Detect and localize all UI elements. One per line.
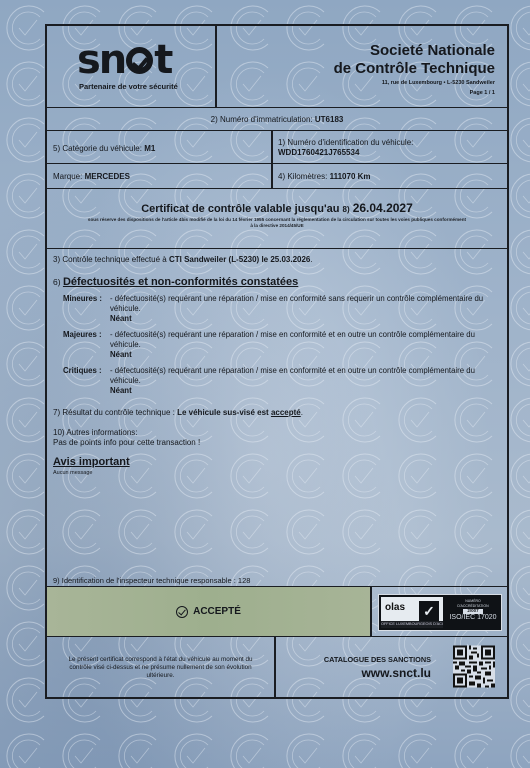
footer-row: Le présent certificat correspond à l'éta… [47,637,507,699]
vin-value: WDD1760421J765534 [278,148,413,158]
other-info-text: Pas de points info pour cette transactio… [53,438,200,448]
inspector-label: 9) Identification de l'inspecteur techni… [53,576,236,585]
defect-major-label: Majeures : [53,330,110,360]
company-block: Societé Nationale de Contrôle Technique … [334,42,495,96]
validity-date: 26.04.2027 [353,201,413,215]
km-value: 111070 Km [330,172,371,181]
page-number: Page 1 / 1 [334,90,495,96]
km-label: 4) Kilomètres: [278,172,327,181]
certificate-frame: snt Partenaire de votre sécurité Societé… [45,24,509,699]
km-field: 4) Kilomètres: 111070 Km [278,172,371,188]
defect-minor: Mineures : - défectuosité(s) requérant u… [53,294,499,324]
defects-title: Défectuosités et non-conformités constat… [63,276,298,288]
defects-number: 6) [53,277,61,287]
immatriculation-value: UT6183 [315,115,343,124]
catalogue-url[interactable]: www.snct.lu [361,666,431,680]
notice-message: Aucun message [53,470,130,476]
result-band: ACCEPTÉ olas ✓ OFFICE LUXEMBOURGEOIS D'A… [47,586,507,637]
inspection-date-prefix: le [261,255,268,264]
inspector-value: 128 [238,576,251,585]
olas-wordmark: olas [385,602,405,613]
logo-tagline: Partenaire de votre sécurité [79,82,187,91]
accreditation-standard: ISO/IEC 17020 [445,616,501,621]
defect-major-value: Néant [110,350,499,360]
brand-km-row: Marque: MERCEDES 4) Kilomètres: 111070 K… [47,164,507,189]
check-mark-icon: ✓ [419,601,439,621]
important-notice: Avis important Aucun message [53,456,130,476]
defect-minor-value: Néant [110,314,499,324]
category-label: 5) Catégorie du véhicule: [53,144,142,153]
divider [370,587,372,636]
other-info-label: 10) Autres informations: [53,428,200,438]
result-suffix: . [301,408,303,417]
inspection-field: 3) Contrôle technique effectué à CTI San… [53,255,313,271]
inspector-id: 9) Identification de l'inspecteur techni… [53,576,250,585]
inspection-label: 3) Contrôle technique effectué à [53,255,167,264]
logo-wordmark: snt [77,40,187,80]
company-name-line1: Societé Nationale [334,42,495,60]
header-row: snt Partenaire de votre sécurité Societé… [47,26,507,108]
accepted-label: ACCEPTÉ [193,606,241,617]
accreditation-number: 2/007 [463,609,482,614]
accepted-status-box: ACCEPTÉ [47,587,370,636]
result-status: accepté [271,408,301,417]
divider [215,26,217,107]
accreditation-info: NUMÉRO D'ACCRÉDITATION 2/007 ISO/IEC 170… [445,595,501,630]
olas-logo: olas ✓ OFFICE LUXEMBOURGEOIS D'ACCRÉDITA… [379,595,445,630]
footer-disclaimer: Le présent certificat correspond à l'éta… [47,637,274,699]
olas-strip: OFFICE LUXEMBOURGEOIS D'ACCRÉDITATION [381,621,443,628]
validity-title: Certificat de contrôle valable jusqu'au … [47,201,507,215]
vin-label: 1) Numéro d'identification du véhicule: [278,138,413,148]
defect-critical-value: Néant [110,386,499,396]
inspection-row: 3) Contrôle technique effectué à CTI San… [47,249,507,271]
snct-logo: snt Partenaire de votre sécurité [77,40,187,91]
certificate-validity-row: Certificat de contrôle valable jusqu'au … [47,189,507,249]
other-info: 10) Autres informations: Pas de points i… [53,428,200,448]
category-vin-row: 5) Catégorie du véhicule: M1 1) Numéro d… [47,131,507,164]
brand-label: Marque: [53,172,82,181]
defect-major: Majeures : - défectuosité(s) requérant u… [53,330,499,360]
check-circle-icon [176,606,188,618]
divider [271,131,273,163]
defects-heading: 6) Défectuosités et non-conformités cons… [53,276,499,288]
qr-code-icon[interactable] [453,643,495,690]
immatriculation-label: 2) Numéro d'immatriculation: [211,115,313,124]
catalogue-title: CATALOGUE DES SANCTIONS [324,655,431,664]
category-field: 5) Catégorie du véhicule: M1 [53,144,155,163]
inspection-suffix: . [310,255,312,264]
inspection-result: 7) Résultat du contrôle technique : Le v… [53,408,303,417]
validity-ref: 8) [343,205,350,214]
defect-critical-label: Critiques : [53,366,110,396]
legal-note: sous réserve des dispositions de l'artic… [87,217,467,229]
defects-section: 6) Défectuosités et non-conformités cons… [53,276,499,396]
brand-field: Marque: MERCEDES [53,172,130,188]
notice-title: Avis important [53,456,130,468]
check-circle-icon [126,47,153,74]
category-value: M1 [144,144,155,153]
divider [271,164,273,188]
immatriculation-row: 2) Numéro d'immatriculation: UT6183 [47,108,507,131]
company-name-line2: de Contrôle Technique [334,60,495,78]
company-address: 11, rue de Luxembourg • L-5230 Sandweile… [334,80,495,86]
vin-field: 1) Numéro d'identification du véhicule: … [278,138,413,163]
result-label: 7) Résultat du contrôle technique : [53,408,175,417]
defect-minor-desc: - défectuosité(s) requérant une réparati… [110,294,499,314]
defect-major-desc: - défectuosité(s) requérant une réparati… [110,330,499,350]
defect-critical-desc: - défectuosité(s) requérant une réparati… [110,366,499,386]
footer-catalogue: CATALOGUE DES SANCTIONS www.snct.lu [275,637,507,699]
defect-critical: Critiques : - défectuosité(s) requérant … [53,366,499,396]
validity-label: Certificat de contrôle valable jusqu'au [141,203,339,215]
result-text: Le véhicule sus-visé est [177,408,269,417]
olas-accreditation-badge: olas ✓ OFFICE LUXEMBOURGEOIS D'ACCRÉDITA… [378,594,502,631]
defect-minor-label: Mineures : [53,294,110,324]
inspection-station: CTI Sandweiler (L-5230) [169,255,259,264]
brand-value: MERCEDES [85,172,130,181]
inspection-date: 25.03.2026 [270,255,310,264]
